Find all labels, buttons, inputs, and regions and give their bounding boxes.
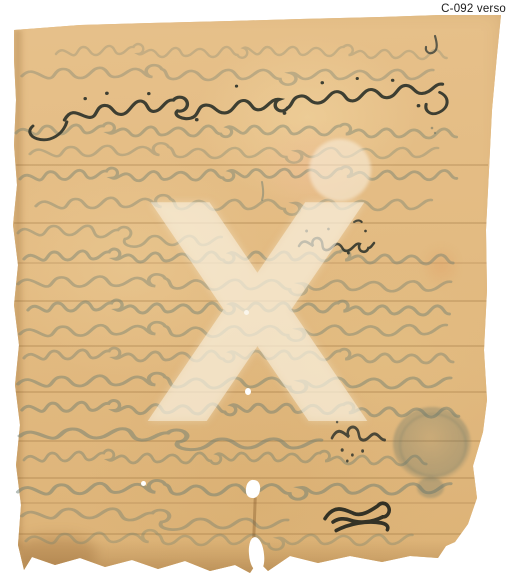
scanned-document-page: X C-092 verso [0, 0, 512, 587]
seal-impression-blob [417, 477, 444, 498]
catalog-label: C-092 verso [441, 3, 506, 15]
watermark-x-glyph: X [142, 168, 373, 468]
watermark-dot [309, 139, 371, 201]
seal-impression-ring [399, 413, 467, 477]
signature-scribble [325, 503, 389, 530]
